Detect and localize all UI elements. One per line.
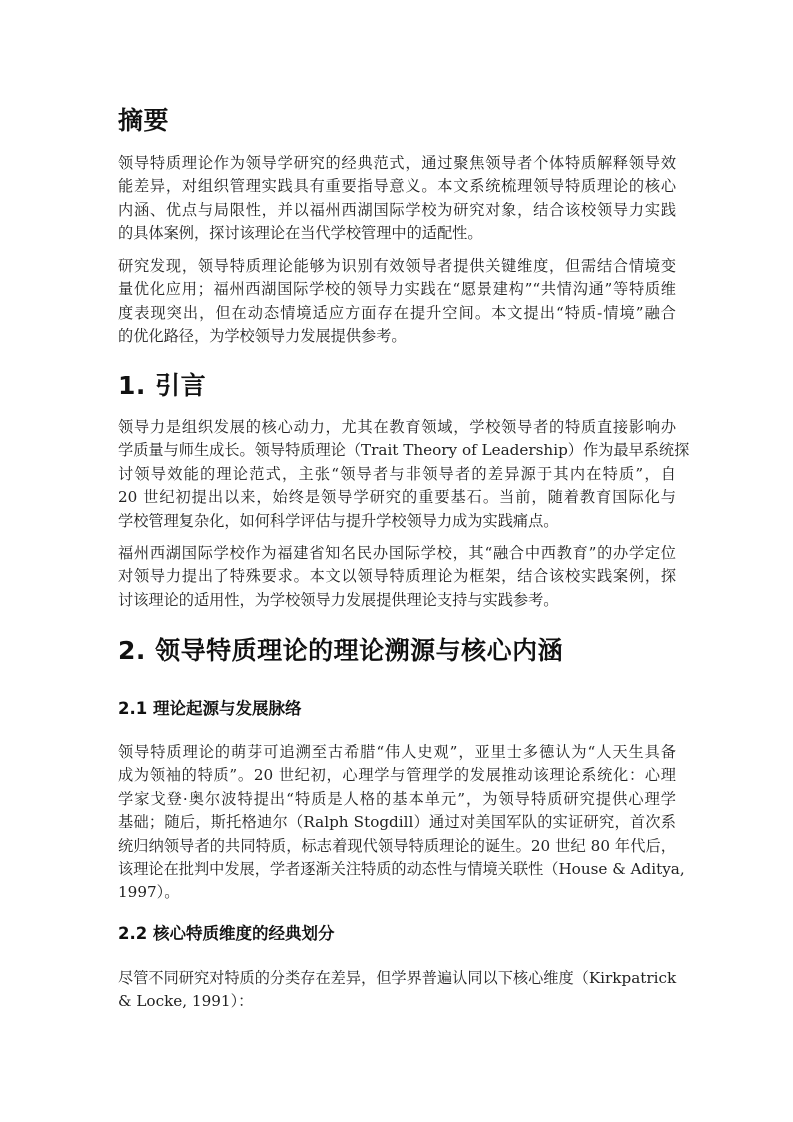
section-2-2-heading: 2.2 核心特质维度的经典划分 bbox=[118, 920, 334, 944]
text-line: 成为领袖的特质”。20 世纪初，心理学与管理学的发展推动该理论系统化：心理 bbox=[118, 764, 676, 787]
text-line: 讨领导效能的理论范式，主张“领导者与非领导者的差异源于其内在特质”，自 bbox=[118, 463, 676, 486]
text-line: 内涵、优点与局限性，并以福州西湖国际学校为研究对象，结合该校领导力实践 bbox=[118, 199, 676, 222]
text-line: 学质量与师生成长。领导特质理论（Trait Theory of Leadersh… bbox=[118, 439, 676, 462]
text-line: 研究发现，领导特质理论能够为识别有效领导者提供关键维度，但需结合情境变 bbox=[118, 255, 676, 278]
text-line: 学校管理复杂化，如何科学评估与提升学校领导力成为实践痛点。 bbox=[118, 510, 676, 533]
text-line: 该理论在批判中发展，学者逐渐关注特质的动态性与情境关联性（House & Adi… bbox=[118, 858, 676, 881]
text-line: 学家戈登·奥尔波特提出“特质是人格的基本单元”，为领导特质研究提供心理学 bbox=[118, 788, 676, 811]
section-2-2-paragraph: 尽管不同研究对特质的分类存在差异，但学界普遍认同以下核心维度（Kirkpatri… bbox=[118, 967, 676, 1014]
text-line: 领导特质理论作为领导学研究的经典范式，通过聚焦领导者个体特质解释领导效 bbox=[118, 152, 676, 175]
abstract-paragraph-1: 领导特质理论作为领导学研究的经典范式，通过聚焦领导者个体特质解释领导效 能差异，… bbox=[118, 152, 676, 246]
text-line: 对领导力提出了特殊要求。本文以领导特质理论为框架，结合该校实践案例，探 bbox=[118, 565, 676, 588]
intro-paragraph-1: 领导力是组织发展的核心动力，尤其在教育领域，学校领导者的特质直接影响办 学质量与… bbox=[118, 416, 676, 533]
text-line: 领导力是组织发展的核心动力，尤其在教育领域，学校领导者的特质直接影响办 bbox=[118, 416, 676, 439]
abstract-paragraph-2: 研究发现，领导特质理论能够为识别有效领导者提供关键维度，但需结合情境变 量优化应… bbox=[118, 255, 676, 349]
text-line: 福州西湖国际学校作为福建省知名民办国际学校，其“融合中西教育”的办学定位 bbox=[118, 542, 676, 565]
section-2-1-heading: 2.1 理论起源与发展脉络 bbox=[118, 695, 301, 719]
text-line: 量优化应用；福州西湖国际学校的领导力实践在“愿景建构”“共情沟通”等特质维 bbox=[118, 278, 676, 301]
section-1-heading: 1. 引言 bbox=[118, 366, 206, 402]
abstract-heading: 摘要 bbox=[118, 101, 169, 137]
text-line: 度表现突出，但在动态情境适应方面存在提升空间。本文提出“特质-情境”融合 bbox=[118, 302, 676, 325]
text-line: 基础；随后，斯托格迪尔（Ralph Stogdill）通过对美国军队的实证研究，… bbox=[118, 811, 676, 834]
section-2-1-paragraph: 领导特质理论的萌芽可追溯至古希腊“伟人史观”，亚里士多德认为“人天生具备 成为领… bbox=[118, 741, 676, 905]
intro-paragraph-2: 福州西湖国际学校作为福建省知名民办国际学校，其“融合中西教育”的办学定位 对领导… bbox=[118, 542, 676, 612]
text-line: & Locke, 1991）： bbox=[118, 990, 676, 1013]
text-line: 1997）。 bbox=[118, 881, 676, 904]
text-line: 的优化路径，为学校领导力发展提供参考。 bbox=[118, 325, 676, 348]
text-line: 能差异，对组织管理实践具有重要指导意义。本文系统梳理领导特质理论的核心 bbox=[118, 175, 676, 198]
text-line: 讨该理论的适用性，为学校领导力发展提供理论支持与实践参考。 bbox=[118, 589, 676, 612]
text-line: 20 世纪初提出以来，始终是领导学研究的重要基石。当前，随着教育国际化与 bbox=[118, 486, 676, 509]
text-line: 尽管不同研究对特质的分类存在差异，但学界普遍认同以下核心维度（Kirkpatri… bbox=[118, 967, 676, 990]
section-2-heading: 2. 领导特质理论的理论溯源与核心内涵 bbox=[118, 631, 563, 667]
text-line: 的具体案例，探讨该理论在当代学校管理中的适配性。 bbox=[118, 222, 676, 245]
text-line: 领导特质理论的萌芽可追溯至古希腊“伟人史观”，亚里士多德认为“人天生具备 bbox=[118, 741, 676, 764]
text-line: 统归纳领导者的共同特质，标志着现代领导特质理论的诞生。20 世纪 80 年代后， bbox=[118, 835, 676, 858]
